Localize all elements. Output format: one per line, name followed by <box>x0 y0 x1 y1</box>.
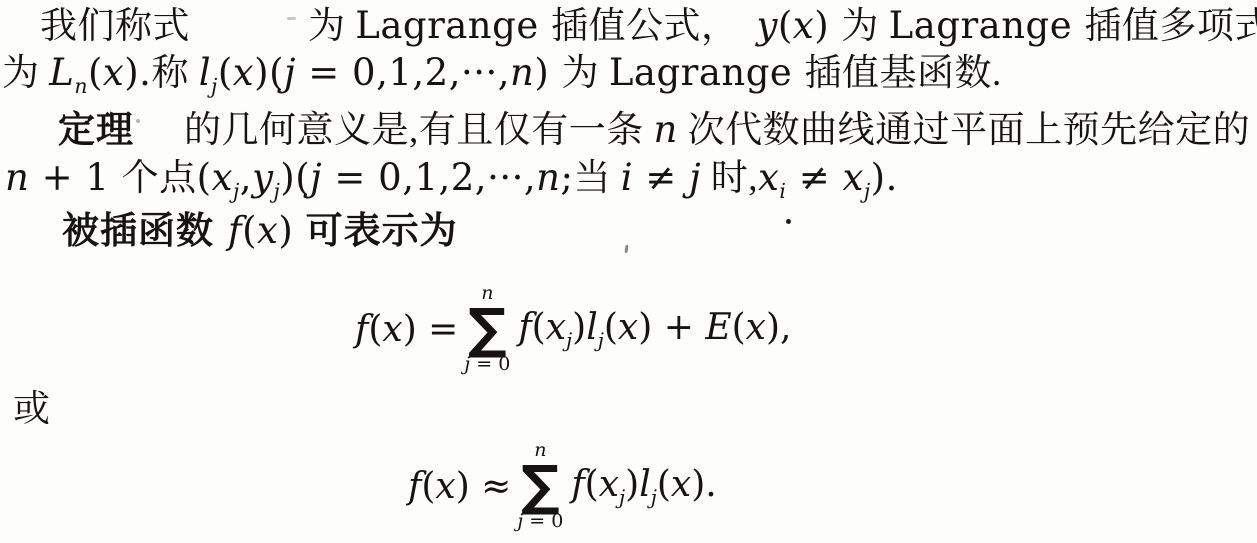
connector-word: 或 <box>13 388 51 432</box>
formula2-lhs: f(x) ≈ <box>408 465 511 507</box>
scan-speck <box>786 219 791 224</box>
sum-lower-limit: j = 0 <box>517 511 563 532</box>
summation-symbol: n ∑ j = 0 <box>517 440 563 532</box>
formula1-lhs: f(x) = <box>355 308 458 350</box>
sigma-icon: ∑ <box>468 304 507 354</box>
scan-speck <box>624 245 628 253</box>
sum-lower-limit: j = 0 <box>464 354 510 375</box>
formula-exact-sum: f(x) = n ∑ j = 0 f(xj)lj(x) + E(x), <box>355 283 791 375</box>
scan-speck <box>287 17 296 20</box>
paragraph1-line2: 为 Ln(x).称 lj(x)(j = 0,1,2,···,n) 为 Lagra… <box>2 51 1002 108</box>
formula1-rhs: f(xj)lj(x) + E(x), <box>518 306 791 352</box>
interpolated-function-line: 被插函数 f(x) 可表示为 <box>0 209 458 254</box>
scan-speck <box>136 119 140 123</box>
formula-approx-sum: f(x) ≈ n ∑ j = 0 f(xj)lj(x). <box>408 440 717 532</box>
summation-symbol: n ∑ j = 0 <box>464 283 510 375</box>
theorem-line2: n + 1 个点(xj,yj)(j = 0,1,2,···,n;当 i ≠ j … <box>5 156 898 213</box>
formula2-rhs: f(xj)lj(x). <box>571 463 716 509</box>
scanned-textbook-page: 我们称式为 Lagrange 插值公式，y(x) 为 Lagrange 插值多项… <box>0 0 1257 543</box>
theorem-line1: 定理的几何意义是,有且仅有一条 n 次代数曲线通过平面上预先给定的 <box>0 108 1250 153</box>
sigma-icon: ∑ <box>521 461 560 511</box>
paragraph1-line1: 我们称式为 Lagrange 插值公式，y(x) 为 Lagrange 插值多项… <box>0 4 1257 49</box>
